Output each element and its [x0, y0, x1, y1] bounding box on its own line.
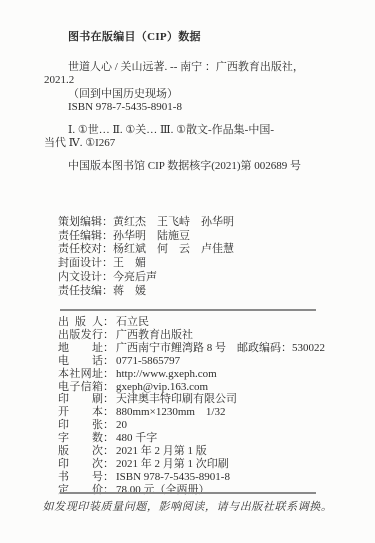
field-label: 地址: [58, 342, 103, 355]
cip-record-number: 中国版本图书馆 CIP 数据核字(2021)第 002689 号: [68, 160, 344, 174]
field-value: ISBN 978-7-5435-8901-8: [116, 471, 230, 483]
field-value: 78.00 元（全两册）: [116, 484, 210, 496]
field-label: 出版发行: [58, 329, 103, 342]
colon: ：: [102, 285, 113, 297]
pubinfo-row: 出版发行：广西教育出版社: [58, 329, 325, 342]
field-value: http://www.gxeph.com: [116, 368, 217, 380]
field-label: 书号: [58, 471, 103, 484]
quality-notice: 如发现印装质量问题，影响阅读，请与出版社联系调换。: [0, 498, 375, 514]
field-label: 印张: [58, 419, 103, 432]
divider-bottom: [60, 492, 316, 494]
field-label: 定价: [58, 484, 103, 497]
colon: ：: [102, 230, 113, 242]
pubinfo-row: 地址：广西南宁市鲤湾路 8 号 邮政编码：530022: [58, 342, 325, 355]
staff-row: 内文设计：今亮后声: [58, 271, 234, 285]
pubinfo-row: 电话：0771-5865797: [58, 355, 325, 368]
staff-value: 蒋 媛: [113, 285, 146, 297]
staff-value: 王 媚: [113, 257, 146, 269]
field-value: 石立民: [116, 316, 149, 328]
staff-value: 孙华明 陆施豆: [113, 230, 190, 242]
field-value: gxeph@vip.163.com: [116, 381, 208, 393]
field-label: 印刷: [58, 393, 103, 406]
staff-label: 策划编辑: [58, 216, 102, 228]
staff-value: 杨红斌 何 云 卢佳慧: [113, 243, 234, 255]
field-value: 880mm×1230mm 1/32: [116, 406, 225, 418]
staff-label: 责任编辑: [58, 230, 102, 242]
field-value: 天津奥丰特印刷有限公司: [116, 393, 237, 405]
pubinfo-row: 印刷：天津奥丰特印刷有限公司: [58, 393, 325, 406]
colon: ：: [103, 329, 114, 341]
colon: ：: [103, 368, 114, 380]
colon: ：: [103, 355, 114, 367]
field-label: 版次: [58, 445, 103, 458]
field-label: 本社网址: [58, 368, 103, 381]
copyright-page: 图书在版编目（CIP）数据 世道人心 / 关山远著. -- 南宁 ：广西教育出版…: [0, 0, 375, 543]
field-label: 开本: [58, 406, 103, 419]
pubinfo-row: 版次：2021 年 2 月第 1 版: [58, 445, 325, 458]
colon: ：: [103, 458, 114, 470]
pubinfo-row: 本社网址：http://www.gxeph.com: [58, 368, 325, 381]
colon: ：: [103, 381, 114, 393]
staff-row: 策划编辑：黄红杰 王飞峙 孙华明: [58, 216, 234, 230]
staff-row: 封面设计：王 媚: [58, 257, 234, 271]
cip-heading: 图书在版编目（CIP）数据: [68, 31, 344, 45]
field-label: 字数: [58, 432, 103, 445]
field-value: 480 千字: [116, 432, 157, 444]
staff-label: 责任校对: [58, 243, 102, 255]
cip-entry-line1: 世道人心 / 关山远著. -- 南宁 ：广西教育出版社，: [68, 61, 344, 75]
staff-label: 内文设计: [58, 271, 102, 283]
staff-credits: 策划编辑：黄红杰 王飞峙 孙华明 责任编辑：孙华明 陆施豆 责任校对：杨红斌 何…: [58, 216, 234, 298]
colon: ：: [103, 471, 114, 483]
field-label: 印次: [58, 458, 103, 471]
colon: ：: [103, 393, 114, 405]
field-label: 电话: [58, 355, 103, 368]
colon: ：: [102, 257, 113, 269]
pubinfo-row: 出版人：石立民: [58, 316, 325, 329]
staff-row: 责任编辑：孙华明 陆施豆: [58, 230, 234, 244]
field-value: 2021 年 2 月第 1 版: [116, 445, 207, 457]
colon: ：: [103, 342, 114, 354]
colon: ：: [102, 243, 113, 255]
staff-value: 黄红杰 王飞峙 孙华明: [113, 216, 234, 228]
field-value: 2021 年 2 月第 1 次印刷: [116, 458, 229, 470]
divider-top: [60, 309, 316, 311]
colon: ：: [103, 419, 114, 431]
cip-section: 图书在版编目（CIP）数据 世道人心 / 关山远著. -- 南宁 ：广西教育出版…: [44, 31, 344, 173]
field-value: 广西南宁市鲤湾路 8 号 邮政编码：530022: [116, 342, 325, 354]
field-label: 出版人: [58, 316, 103, 329]
staff-label: 责任技编: [58, 285, 102, 297]
staff-row: 责任校对：杨红斌 何 云 卢佳慧: [58, 243, 234, 257]
colon: ：: [102, 216, 113, 228]
cip-entry-line2: 2021.2: [44, 74, 344, 88]
colon: ：: [103, 445, 114, 457]
field-value: 0771-5865797: [116, 355, 180, 367]
pubinfo-row: 电子信箱：gxeph@vip.163.com: [58, 381, 325, 394]
cip-index-line1: Ⅰ. ①世… Ⅱ. ①关… Ⅲ. ①散文-作品集-中国-: [68, 124, 344, 138]
publication-info: 出版人：石立民 出版发行：广西教育出版社 地址：广西南宁市鲤湾路 8 号 邮政编…: [58, 316, 325, 497]
pubinfo-row: 书号：ISBN 978-7-5435-8901-8: [58, 471, 325, 484]
pubinfo-row: 开本：880mm×1230mm 1/32: [58, 406, 325, 419]
pubinfo-row: 印次：2021 年 2 月第 1 次印刷: [58, 458, 325, 471]
colon: ：: [103, 406, 114, 418]
pubinfo-row: 定价：78.00 元（全两册）: [58, 484, 325, 497]
cip-series-title: （回到中国历史现场）: [68, 88, 344, 102]
colon: ：: [102, 271, 113, 283]
pubinfo-row: 字数：480 千字: [58, 432, 325, 445]
colon: ：: [103, 484, 114, 496]
staff-row: 责任技编：蒋 媛: [58, 285, 234, 299]
pubinfo-row: 印张：20: [58, 419, 325, 432]
staff-label: 封面设计: [58, 257, 102, 269]
cip-isbn: ISBN 978-7-5435-8901-8: [68, 101, 344, 115]
colon: ：: [103, 432, 114, 444]
field-value: 20: [116, 419, 127, 431]
field-label: 电子信箱: [58, 381, 103, 394]
field-value: 广西教育出版社: [116, 329, 193, 341]
cip-index-line2: 当代 Ⅳ. ①I267: [44, 137, 344, 151]
colon: ：: [103, 316, 114, 328]
staff-value: 今亮后声: [113, 271, 157, 283]
